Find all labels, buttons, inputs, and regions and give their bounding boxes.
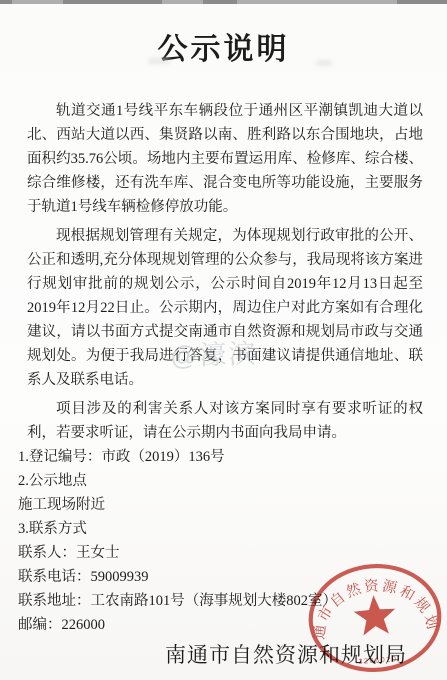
notice-page: 公示说明 轨道交通1号线平东车辆段位于通州区平潮镇凯迪大道以北、西站大道以西、集… — [0, 0, 447, 680]
detail-contact-person: 联系人：王女士 — [18, 541, 423, 565]
scan-artifact-segment — [63, 0, 162, 4]
scan-artifact-segment — [0, 0, 12, 4]
paragraph-publicity-period: 现根据规划管理有关规定，为体现规划行政审批的公开、公正和透明,充分体现规划管理的… — [27, 224, 423, 392]
scan-smudge — [148, 58, 170, 64]
seal-code: 3206020 — [358, 654, 398, 666]
seal-star-icon — [353, 594, 397, 636]
scan-artifact-segment — [397, 0, 447, 4]
detail-registration-number: 1.登记编号：市政（2019）136号 — [18, 445, 423, 469]
paragraph-hearing-rights: 项目涉及的利害关系人对该方案同时享有要求听证的权利，若要求听证，请在公示期内书面… — [27, 397, 423, 445]
notice-title: 公示说明 — [0, 27, 447, 72]
paragraph-location: 轨道交通1号线平东车辆段位于通州区平潮镇凯迪大道以北、西站大道以西、集贤路以南、… — [27, 99, 423, 219]
seal-arc-text: 南通市自然资源和规划局 — [302, 557, 441, 642]
scan-artifact-bar — [0, 0, 447, 4]
official-seal: 南通市自然资源和规划局 3206020 — [302, 557, 447, 678]
scan-smudge — [316, 60, 332, 66]
detail-publicity-place-value: 施工现场附近 — [18, 493, 423, 517]
scan-artifact-segment — [203, 0, 237, 4]
detail-publicity-place-label: 2.公示地点 — [18, 469, 423, 493]
detail-contact-label: 3.联系方式 — [18, 517, 423, 541]
